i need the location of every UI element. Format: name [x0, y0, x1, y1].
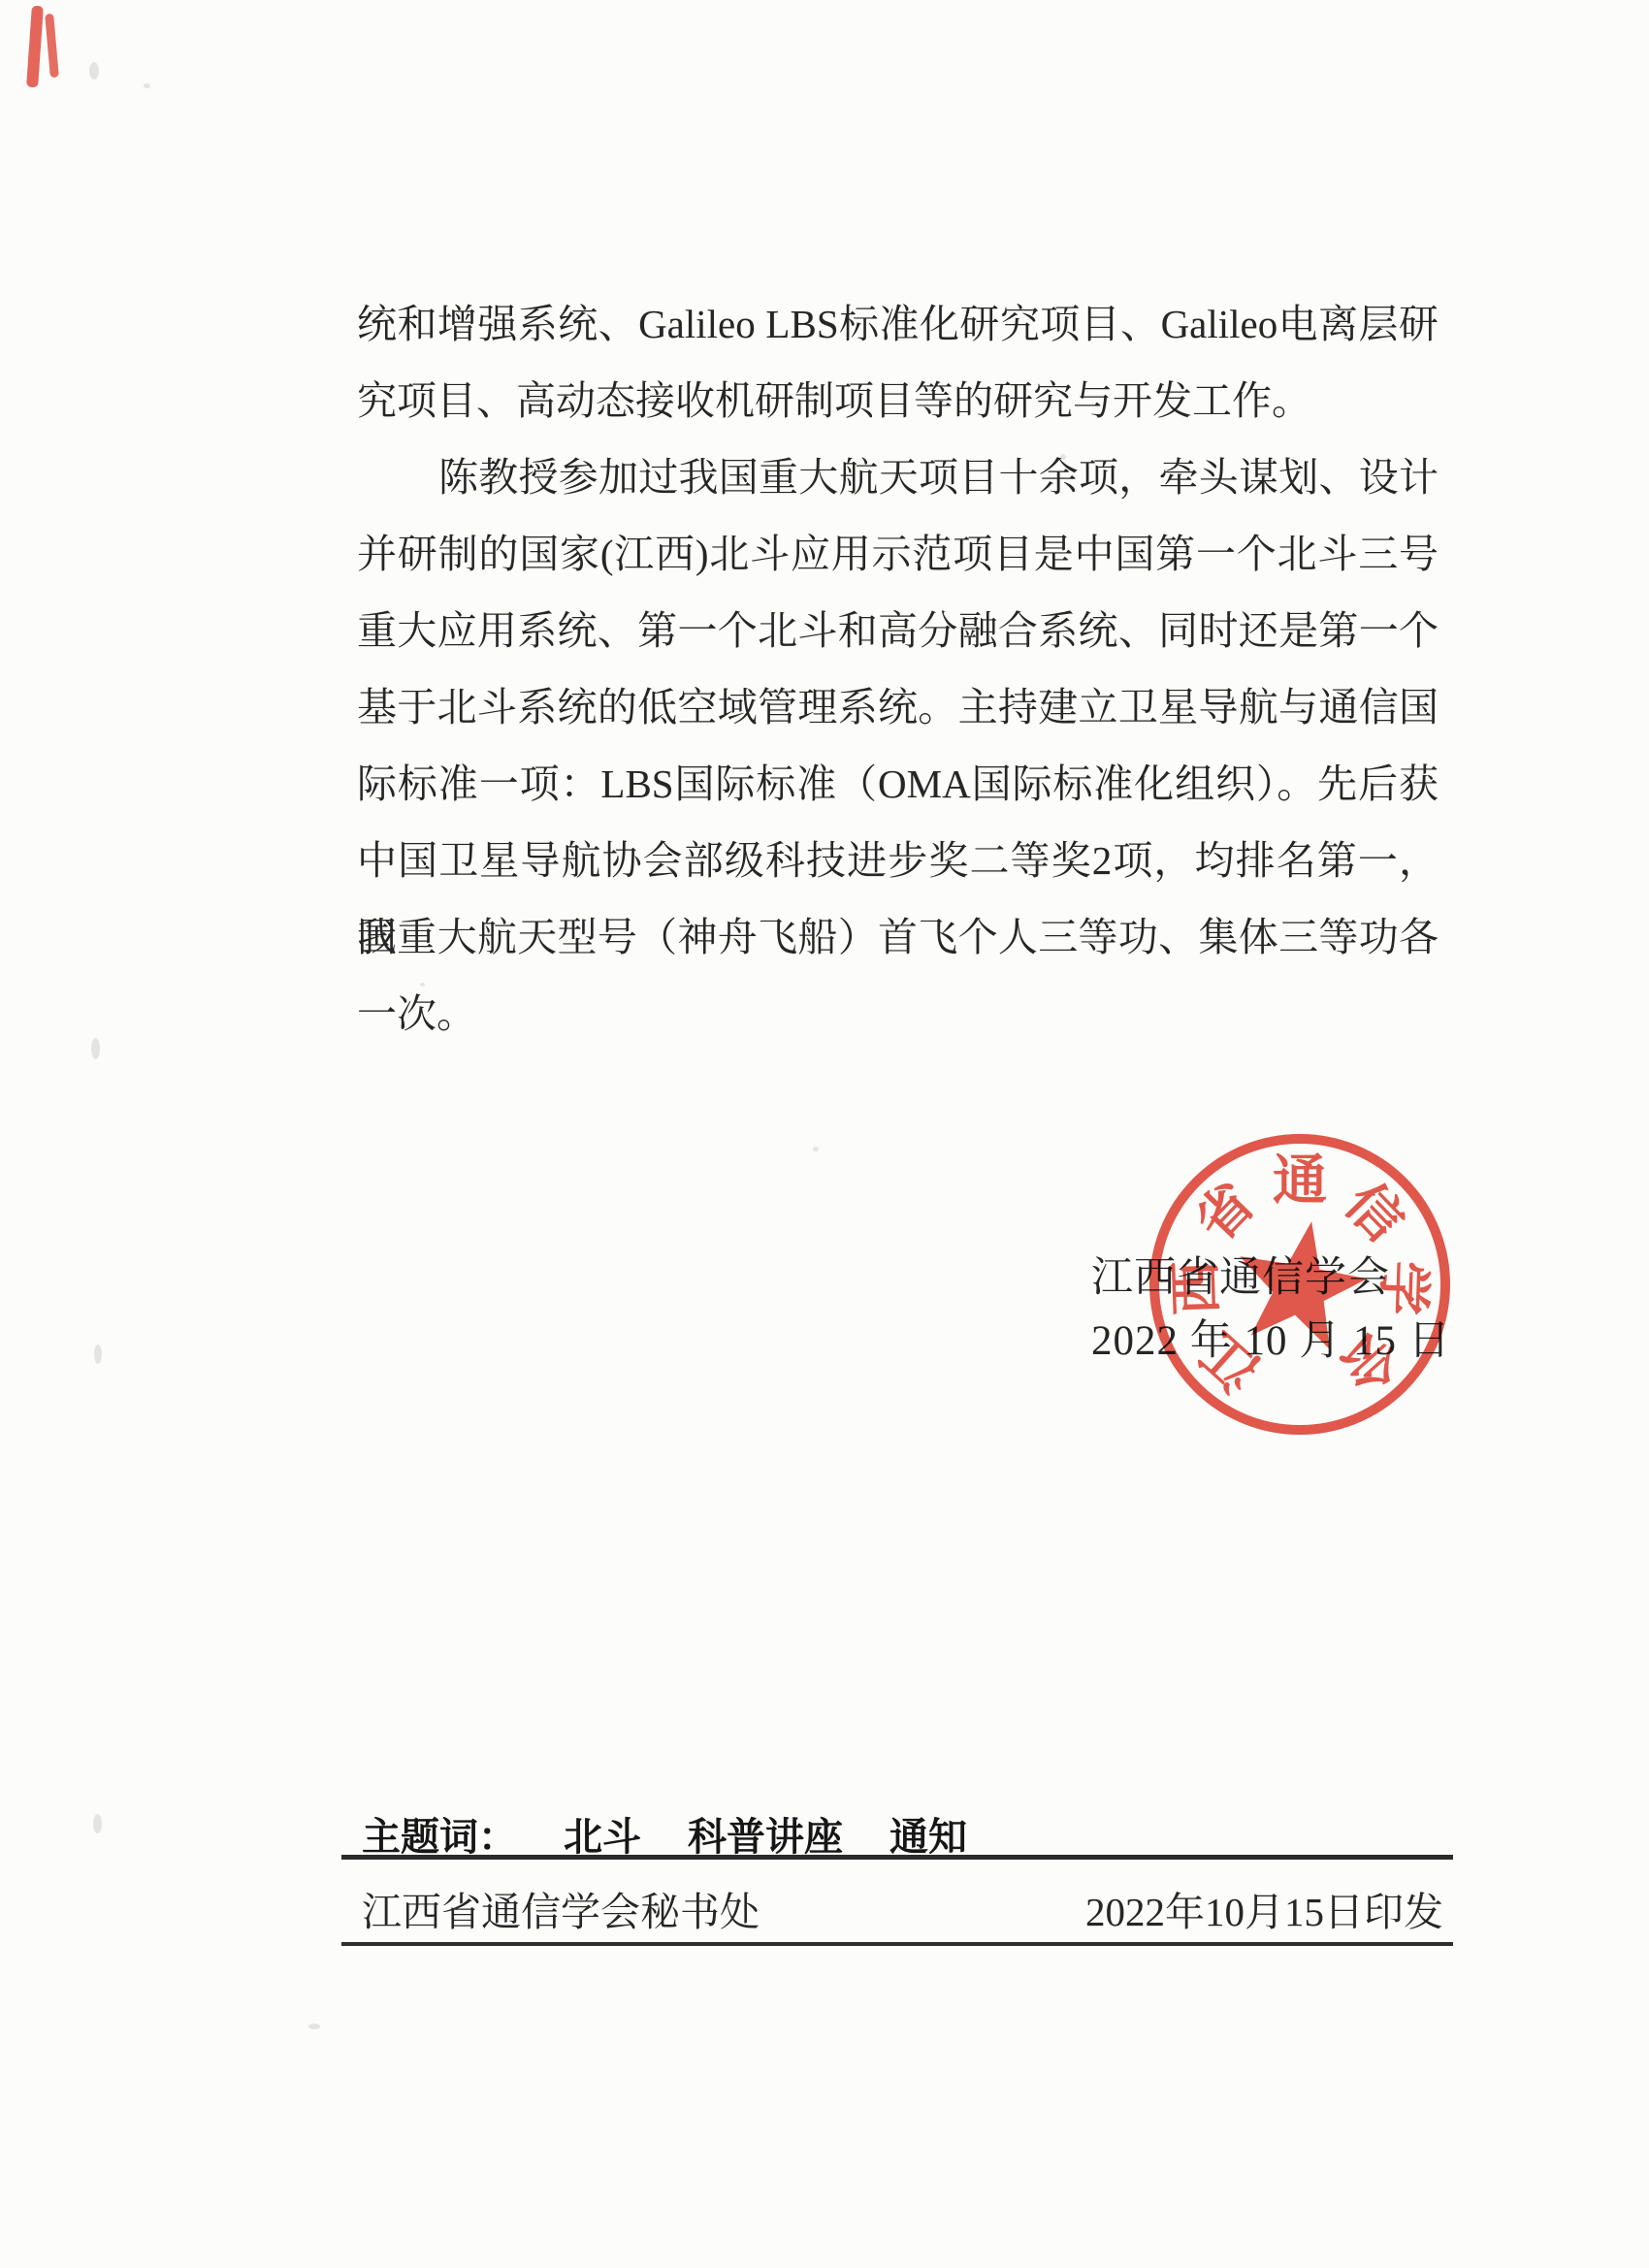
- body-text-line: 基于北斗系统的低空域管理系统。主持建立卫星导航与通信国: [357, 669, 1439, 746]
- keywords-line: 主题词：北斗科普讲座通知: [362, 1806, 967, 1862]
- document-page: 统和增强系统、Galileo LBS标准化研究项目、Galileo电离层研究项目…: [0, 0, 1649, 2268]
- keyword-item: 通知: [889, 1816, 967, 1859]
- body-text-line: 并研制的国家(江西)北斗应用示范项目是中国第一个北斗三号: [357, 516, 1439, 593]
- body-text-line: 陈教授参加过我国重大航天项目十余项，牵头谋划、设计: [357, 439, 1439, 516]
- scan-speck: [91, 1038, 100, 1059]
- keyword-item: 北斗: [564, 1816, 641, 1859]
- footer-divider-bottom: [341, 1942, 1453, 1946]
- seal-char: 西: [1166, 1260, 1228, 1316]
- seal-char: 通: [1273, 1151, 1327, 1212]
- footer-divider-top: [341, 1855, 1453, 1860]
- body-text-line: 统和增强系统、Galileo LBS标准化研究项目、Galileo电离层研: [357, 286, 1439, 363]
- scan-speck: [144, 83, 150, 88]
- scan-speck: [308, 2024, 320, 2029]
- keywords-label: 主题词：: [362, 1816, 517, 1859]
- body-text-line: 一次。: [357, 976, 1439, 1053]
- seal-char: 学: [1372, 1260, 1434, 1316]
- body-text-line: 中国卫星导航协会部级科技进步奖二等奖2项，均排名第一，我: [357, 823, 1439, 899]
- body-text-line: 重大应用系统、第一个北斗和高分融合系统、同时还是第一个: [357, 593, 1439, 669]
- body-text-line: 际标准一项：LBS国际标准（OMA国际标准化组织）。先后获: [357, 746, 1439, 823]
- scan-speck: [89, 62, 99, 80]
- keyword-item: 科普讲座: [688, 1816, 843, 1859]
- scan-speck: [94, 1345, 102, 1364]
- scan-artifact-red-mark: [26, 6, 44, 88]
- footer-issuer: 江西省通信学会秘书处: [362, 1880, 760, 1937]
- body-text-line: 究项目、高动态接收机研制项目等的研究与开发工作。: [357, 363, 1439, 439]
- scan-speck: [93, 1814, 102, 1833]
- body-text: 统和增强系统、Galileo LBS标准化研究项目、Galileo电离层研究项目…: [357, 286, 1439, 1053]
- scan-speck: [813, 1147, 819, 1151]
- official-seal: 江西省通信学会: [1133, 1118, 1467, 1451]
- scan-artifact-red-mark: [45, 14, 59, 79]
- footer-print-date: 2022年10月15日印发: [1085, 1880, 1443, 1937]
- body-text-line: 国重大航天型号（神舟飞船）首飞个人三等功、集体三等功各: [357, 899, 1439, 976]
